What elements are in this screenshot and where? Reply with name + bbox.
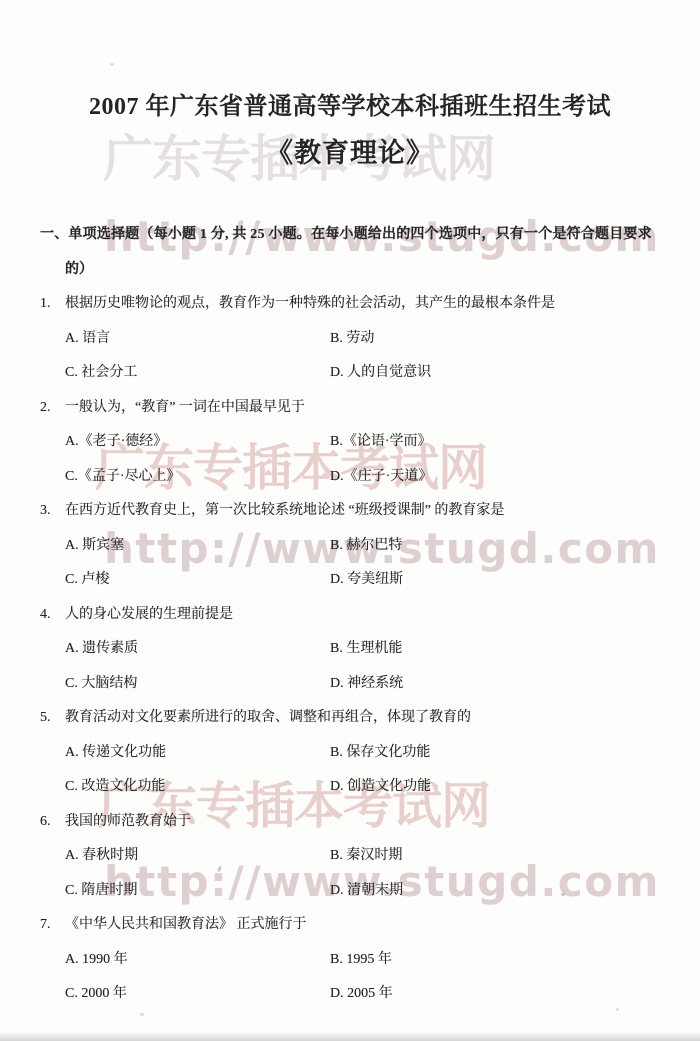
- question-item: 4.人的身心发展的生理前提是 A. 遗传素质 B. 生理机能 C. 大脑结构 D…: [40, 598, 685, 702]
- question-stem: 我国的师范教育始于: [65, 814, 191, 829]
- question-stem: 教育活动对文化要素所进行的取舍、调整和再组合，体现了教育的: [65, 710, 471, 725]
- option-b: B. 赫尔巴特: [330, 529, 685, 564]
- question-stem-line: 1.根据历史唯物论的观点，教育作为一种特殊的社会活动，其产生的最根本条件是: [40, 287, 685, 322]
- scan-edge-shadow: [0, 1032, 700, 1041]
- question-stem-line: 4.人的身心发展的生理前提是: [40, 598, 685, 633]
- scan-speck: [561, 893, 565, 896]
- scan-speck: [140, 1013, 144, 1016]
- question-stem-line: 6.我国的师范教育始于: [40, 805, 685, 840]
- scan-speck: [110, 63, 114, 66]
- option-b: B. 秦汉时期: [330, 839, 685, 874]
- question-item: 3.在西方近代教育史上，第一次比较系统地论述 “班级授课制” 的教育家是 A. …: [40, 494, 685, 598]
- option-d: D. 创造文化功能: [330, 770, 685, 805]
- option-c: C. 社会分工: [65, 356, 330, 391]
- question-number: 7.: [40, 908, 65, 943]
- scan-speck: [616, 1008, 619, 1011]
- question-stem-line: 3.在西方近代教育史上，第一次比较系统地论述 “班级授课制” 的教育家是: [40, 494, 685, 529]
- question-stem: 《中华人民共和国教育法》 正式施行于: [65, 917, 307, 932]
- option-a: A. 遗传素质: [65, 632, 330, 667]
- option-d: D. 夸美纽斯: [330, 563, 685, 598]
- exam-title: 2007 年广东省普通高等学校本科插班生招生考试: [0, 86, 700, 121]
- question-options: A. 斯宾塞 B. 赫尔巴特 C. 卢梭 D. 夸美纽斯: [65, 529, 685, 598]
- option-c: C. 大脑结构: [65, 667, 330, 702]
- question-number: 2.: [40, 391, 65, 426]
- question-item: 7.《中华人民共和国教育法》 正式施行于 A. 1990 年 B. 1995 年…: [40, 908, 685, 1012]
- option-c: C. 改造文化功能: [65, 770, 330, 805]
- question-item: 1.根据历史唯物论的观点，教育作为一种特殊的社会活动，其产生的最根本条件是 A.…: [40, 287, 685, 391]
- option-b: B. 保存文化功能: [330, 736, 685, 771]
- question-stem-line: 2.一般认为，“教育” 一词在中国最早见于: [40, 391, 685, 426]
- question-stem-line: 5.教育活动对文化要素所进行的取舍、调整和再组合，体现了教育的: [40, 701, 685, 736]
- question-item: 6.我国的师范教育始于 A. 春秋时期 B. 秦汉时期 C. 隋唐时期 D. 清…: [40, 805, 685, 909]
- question-stem: 人的身心发展的生理前提是: [65, 607, 233, 622]
- exam-body: 一、单项选择题（每小题 1 分, 共 25 小题。在每小题给出的四个选项中，只有…: [40, 218, 685, 1012]
- option-b: B. 1995 年: [330, 943, 685, 978]
- question-item: 5.教育活动对文化要素所进行的取舍、调整和再组合，体现了教育的 A. 传递文化功…: [40, 701, 685, 805]
- option-d: D. 人的自觉意识: [330, 356, 685, 391]
- option-a: A. 斯宾塞: [65, 529, 330, 564]
- option-b: B. 生理机能: [330, 632, 685, 667]
- question-stem: 根据历史唯物论的观点，教育作为一种特殊的社会活动，其产生的最根本条件是: [65, 296, 555, 311]
- question-options: A.《老子·德经》 B.《论语·学而》 C.《孟子·尽心上》 D.《庄子·天道》: [65, 425, 685, 494]
- option-a: A. 春秋时期: [65, 839, 330, 874]
- option-b: B.《论语·学而》: [330, 425, 685, 460]
- question-stem: 一般认为，“教育” 一词在中国最早见于: [65, 400, 305, 415]
- option-d: D. 清朝末期: [330, 874, 685, 909]
- question-stem: 在西方近代教育史上，第一次比较系统地论述 “班级授课制” 的教育家是: [65, 503, 504, 518]
- question-options: A. 传递文化功能 B. 保存文化功能 C. 改造文化功能 D. 创造文化功能: [65, 736, 685, 805]
- question-number: 5.: [40, 701, 65, 736]
- option-a: A. 1990 年: [65, 943, 330, 978]
- option-a: A. 语言: [65, 322, 330, 357]
- option-c: C. 隋唐时期: [65, 874, 330, 909]
- option-a: A.《老子·德经》: [65, 425, 330, 460]
- question-item: 2.一般认为，“教育” 一词在中国最早见于 A.《老子·德经》 B.《论语·学而…: [40, 391, 685, 495]
- question-stem-line: 7.《中华人民共和国教育法》 正式施行于: [40, 908, 685, 943]
- option-b: B. 劳动: [330, 322, 685, 357]
- section-heading-continuation: 的）: [40, 253, 685, 288]
- question-options: A. 语言 B. 劳动 C. 社会分工 D. 人的自觉意识: [65, 322, 685, 391]
- option-c: C. 卢梭: [65, 563, 330, 598]
- option-d: D. 神经系统: [330, 667, 685, 702]
- option-c: C.《孟子·尽心上》: [65, 460, 330, 495]
- option-d: D. 2005 年: [330, 977, 685, 1012]
- exam-subject-title: 《教育理论》: [0, 131, 700, 170]
- option-d: D.《庄子·天道》: [330, 460, 685, 495]
- exam-paper-scan: 广东专插本考试网 http://www.stugd.com 广东专插本考试网 h…: [0, 0, 700, 1041]
- question-list: 1.根据历史唯物论的观点，教育作为一种特殊的社会活动，其产生的最根本条件是 A.…: [40, 287, 685, 1012]
- question-number: 4.: [40, 598, 65, 633]
- question-number: 3.: [40, 494, 65, 529]
- question-number: 6.: [40, 805, 65, 840]
- question-options: A. 遗传素质 B. 生理机能 C. 大脑结构 D. 神经系统: [65, 632, 685, 701]
- question-options: A. 1990 年 B. 1995 年 C. 2000 年 D. 2005 年: [65, 943, 685, 1012]
- option-a: A. 传递文化功能: [65, 736, 330, 771]
- section-heading: 一、单项选择题（每小题 1 分, 共 25 小题。在每小题给出的四个选项中，只有…: [40, 218, 685, 253]
- question-options: A. 春秋时期 B. 秦汉时期 C. 隋唐时期 D. 清朝末期: [65, 839, 685, 908]
- option-c: C. 2000 年: [65, 977, 330, 1012]
- question-number: 1.: [40, 287, 65, 322]
